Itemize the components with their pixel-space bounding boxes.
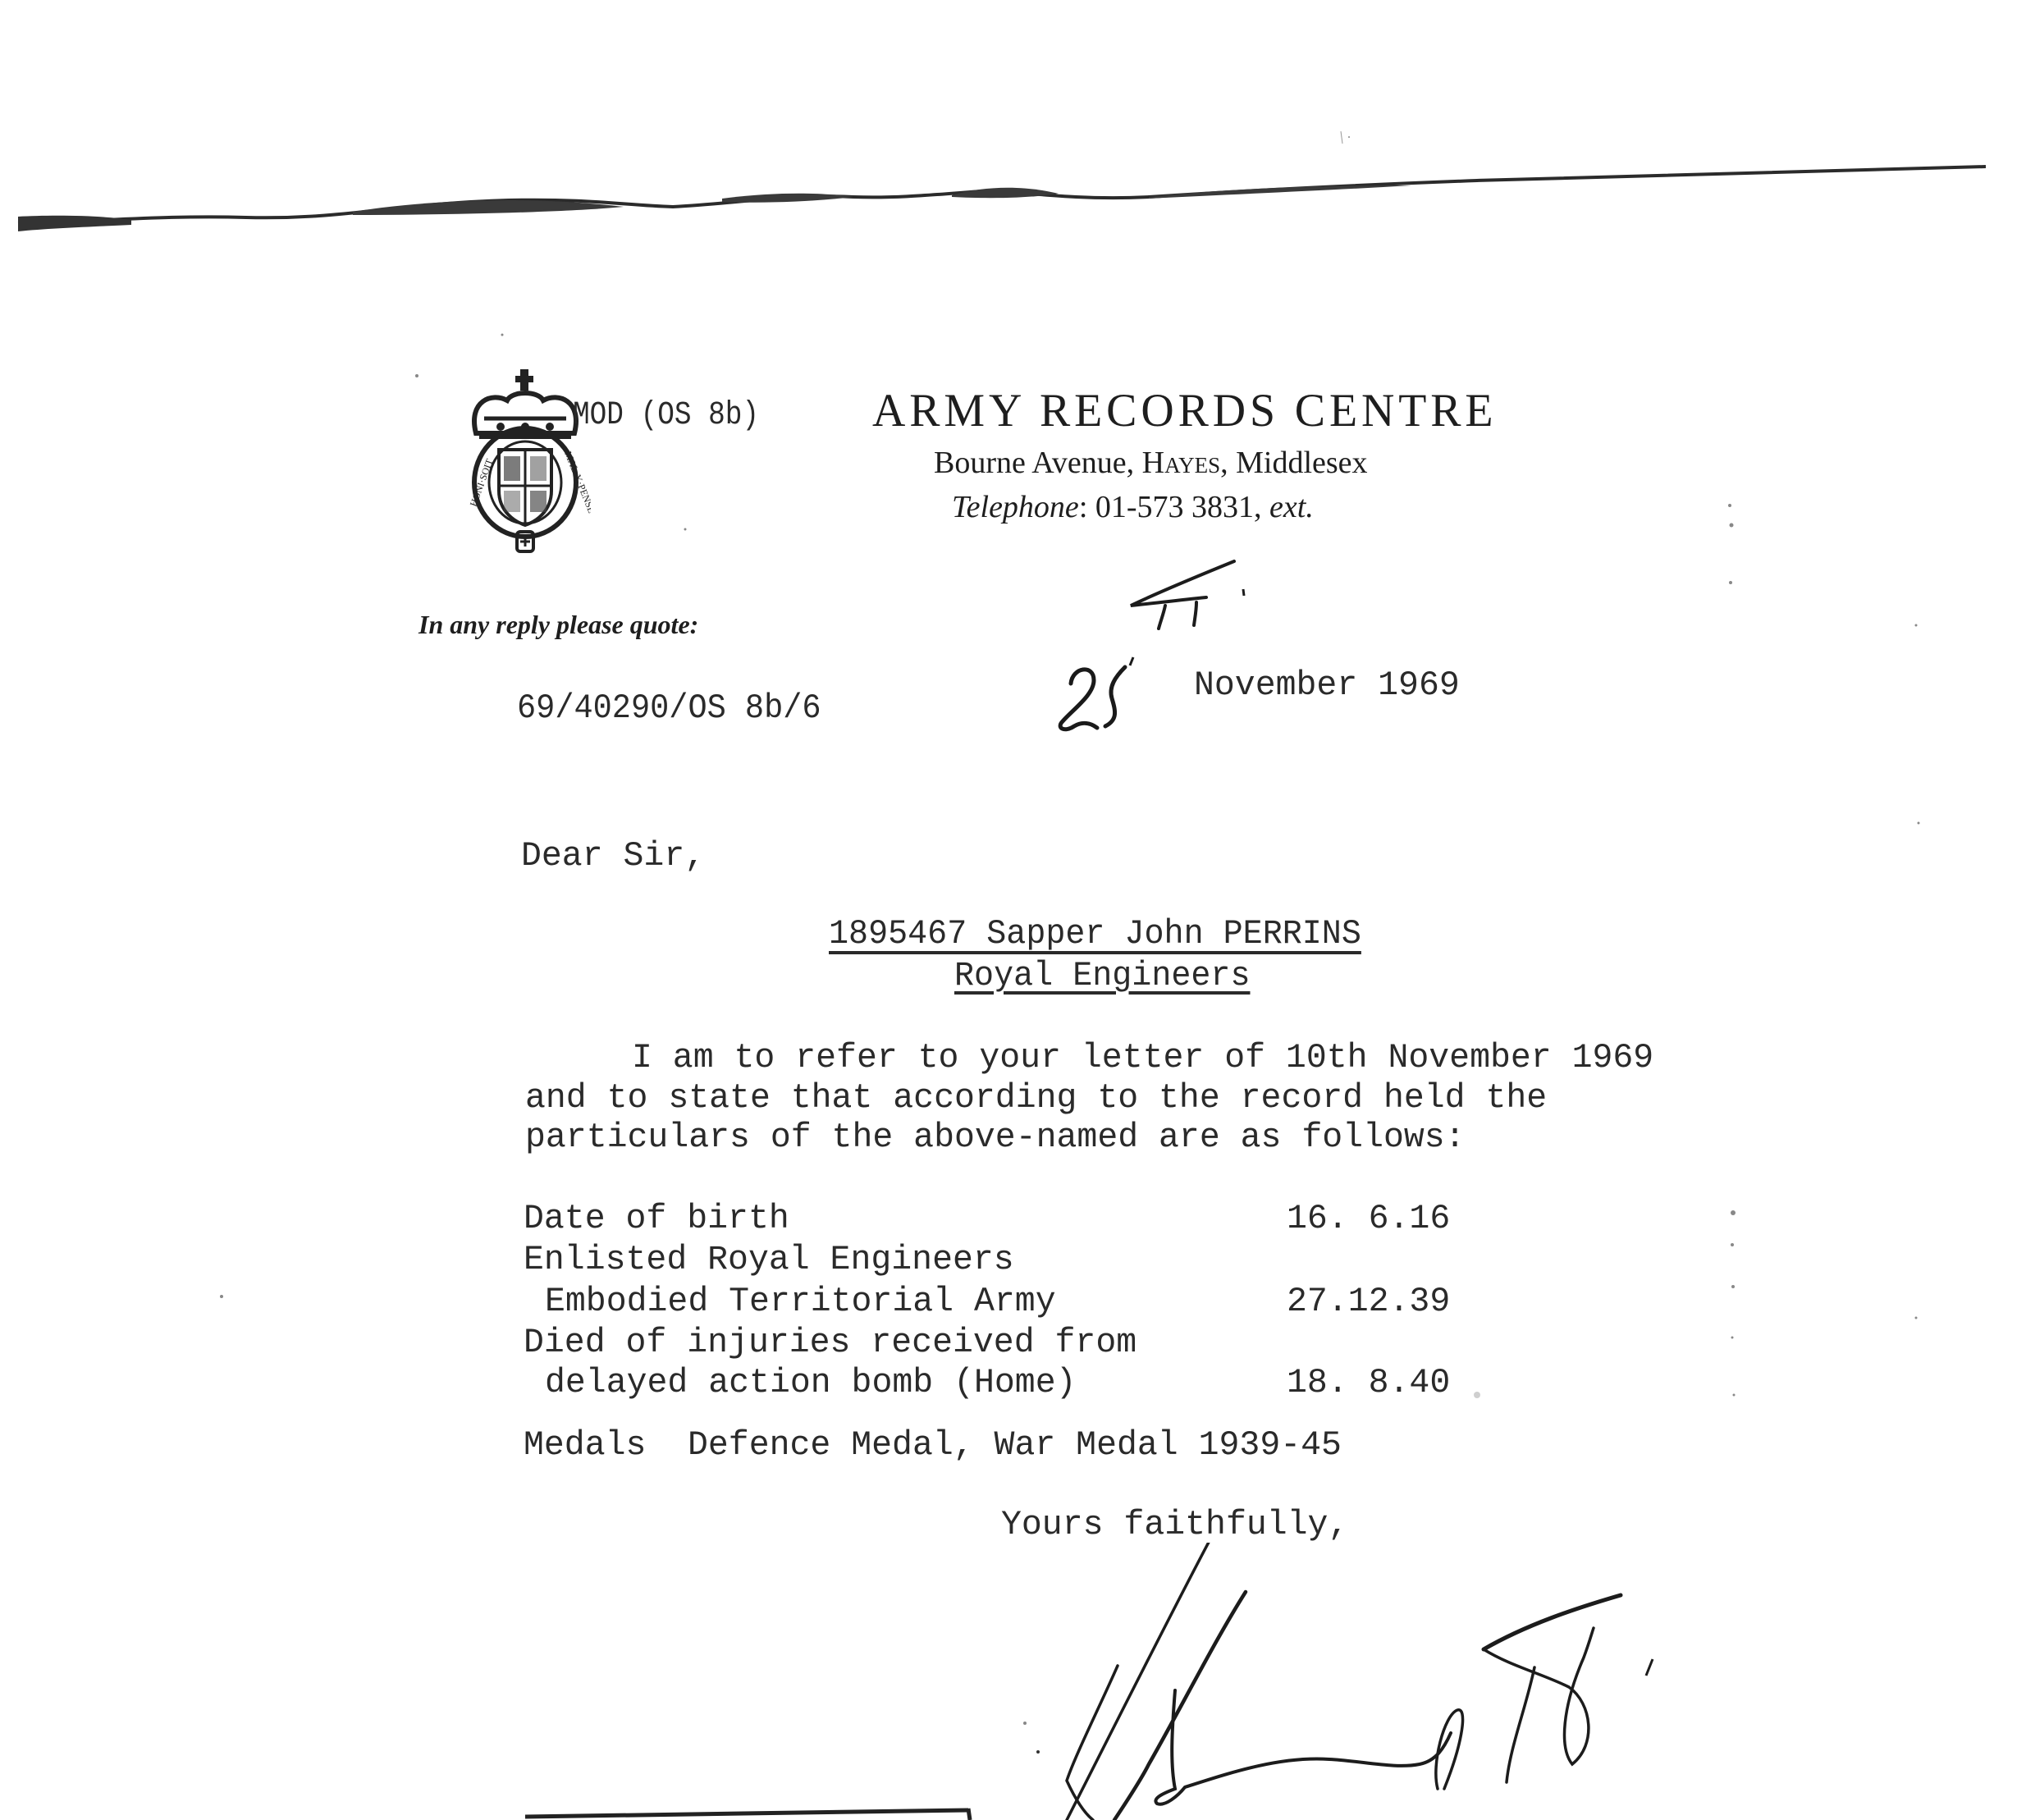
subject-regiment: Royal Engineers	[954, 957, 1250, 995]
handwritten-initials-mark	[1124, 555, 1247, 633]
handwritten-signature	[1018, 1543, 1658, 1820]
organisation-name: ARMY RECORDS CENTRE	[872, 384, 1497, 437]
telephone-number: : 01-573 3831,	[1079, 490, 1269, 524]
subject-soldier-name: 1895467 Sapper John PERRINS	[829, 915, 1361, 953]
medals-value: Defence Medal, War Medal 1939-45	[688, 1426, 1342, 1465]
closing-phrase: Yours faithfully,	[1001, 1506, 1348, 1544]
body-line: particulars of the above-named are as fo…	[525, 1118, 1466, 1157]
telephone-label: Telephone	[952, 490, 1079, 524]
particulars-label-embodied: Embodied Territorial Army	[545, 1283, 1056, 1321]
scan-speckles	[0, 0, 2026, 1820]
department-reference: MOD (OS 8b)	[573, 397, 759, 434]
organisation-telephone: Telephone: 01-573 3831, ext.	[952, 489, 1314, 525]
particulars-label-enlisted: Enlisted Royal Engineers	[524, 1241, 1014, 1279]
body-line: and to state that according to the recor…	[525, 1079, 1547, 1118]
particulars-label-date-of-birth: Date of birth	[524, 1200, 789, 1238]
reply-reference-number: 69/40290/OS 8b/6	[517, 689, 821, 728]
particulars-label-died: Died of injuries received from	[524, 1324, 1136, 1362]
top-page-edge-rule	[0, 0, 2026, 263]
reply-quote-label: In any reply please quote:	[418, 610, 698, 640]
particulars-value-date-of-birth: 16. 6.16	[1287, 1200, 1450, 1238]
svg-text:MAL·Y·PENSE: MAL·Y·PENSE	[562, 450, 591, 514]
address-town: Hayes	[1142, 446, 1220, 480]
particulars-label-cause: delayed action bomb (Home)	[545, 1364, 1077, 1402]
particulars-value-date-of-death: 18. 8.40	[1287, 1364, 1450, 1402]
medals-label: Medals	[524, 1426, 646, 1465]
address-street: Bourne Avenue,	[934, 446, 1142, 480]
organisation-address: Bourne Avenue, Hayes, Middlesex	[934, 445, 1368, 481]
bottom-partial-rule	[525, 1789, 985, 1820]
body-line: I am to refer to your letter of 10th Nov…	[632, 1039, 1653, 1077]
royal-crest-icon: HONI·SOIT MAL·Y·PENSE	[460, 368, 591, 555]
letter-date: November 1969	[1194, 666, 1460, 705]
handwritten-day-25	[1054, 652, 1153, 734]
address-county: , Middlesex	[1220, 446, 1367, 480]
telephone-extension-label: ext.	[1269, 490, 1314, 524]
particulars-value-embodied: 27.12.39	[1287, 1283, 1450, 1321]
salutation: Dear Sir,	[521, 837, 705, 876]
